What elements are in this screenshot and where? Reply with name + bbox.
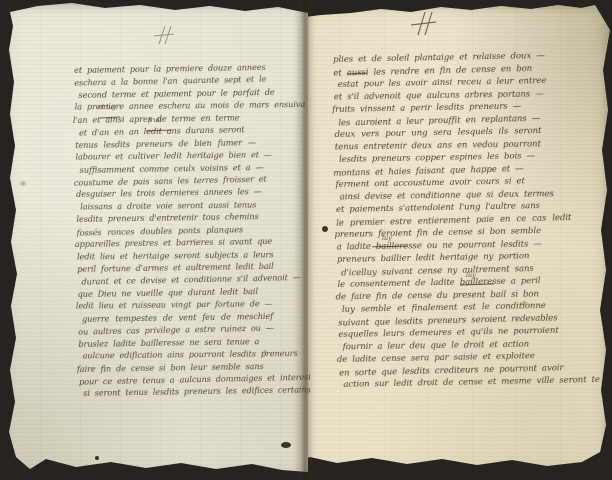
collation-hash-mark-icon [150, 22, 176, 48]
manuscript-scan: et paiement pour la premiere douze annee… [0, 0, 612, 480]
handwriting-block-left: et paiement pour la premiere douze annee… [74, 60, 310, 399]
handwriting-block-right: plies et de soleil plantaige et relaisse… [333, 49, 600, 391]
collation-hash-mark-icon [406, 8, 438, 40]
